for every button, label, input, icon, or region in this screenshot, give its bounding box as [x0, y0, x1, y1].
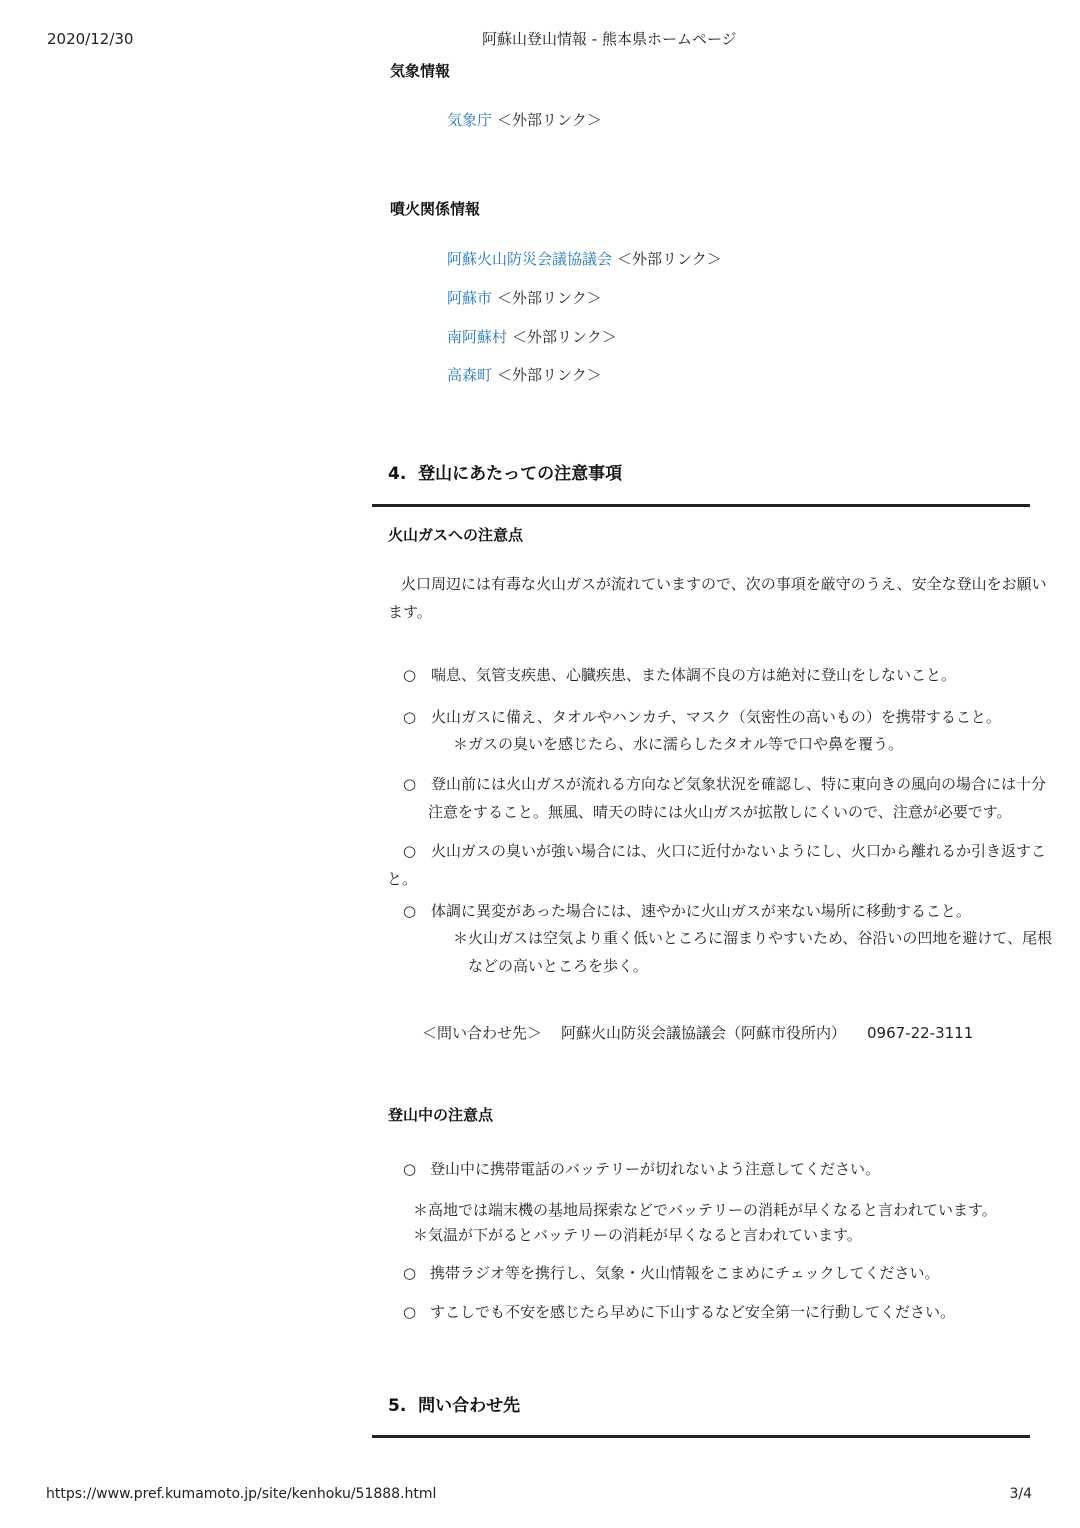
- gas-bullet-1: 喘息、気管支疾患、心臓疾患、また体調不良の方は絶対に登山をしないこと。: [431, 668, 956, 683]
- contact-phone: 0967-22-3111: [867, 1026, 973, 1041]
- bullet-icon: ○: [403, 710, 416, 725]
- climbing-bullet-3: すこしでも不安を感じたら早めに下山するなど安全第一に行動してください。: [430, 1305, 955, 1320]
- bullet-icon: ○: [403, 1305, 416, 1320]
- bullet-icon: ○: [403, 904, 416, 919]
- gas-bullet-5-note1: ＊火山ガスは空気より重く低いところに溜まりやすいため、谷沿いの凹地を避けて、尾根: [453, 931, 1052, 946]
- gas-bullet-3-line2: 注意をすること。無風、晴天の時には火山ガスが拡散しにくいので、注意が必要です。: [428, 805, 1012, 820]
- jma-link[interactable]: 気象庁: [447, 111, 492, 129]
- print-date: 2020/12/30: [47, 32, 133, 47]
- section5-heading: 5. 問い合わせ先: [388, 1398, 520, 1415]
- contact-label: ＜問い合わせ先＞: [422, 1026, 542, 1041]
- eruption-link-row: 高森町＜外部リンク＞: [447, 368, 602, 383]
- gas-bullet-5-note2: などの高いところを歩く。: [468, 959, 648, 974]
- climbing-bullet-1: 登山中に携帯電話のバッテリーが切れないよう注意してください。: [430, 1162, 880, 1177]
- contact-organization: 阿蘇火山防災会議協議会（阿蘇市役所内）: [561, 1026, 846, 1041]
- climbing-bullet-1-note1: ＊高地では端末機の基地局探索などでバッテリーの消耗が早くなると言われています。: [413, 1203, 997, 1218]
- print-footer-url: https://www.pref.kumamoto.jp/site/kenhok…: [46, 1487, 436, 1501]
- external-link-suffix: ＜外部リンク＞: [512, 328, 617, 346]
- external-link-suffix: ＜外部リンク＞: [497, 111, 602, 129]
- climbing-bullet-2: 携帯ラジオ等を携行し、気象・火山情報をこまめにチェックしてください。: [430, 1266, 940, 1281]
- gas-notes-heading: 火山ガスへの注意点: [388, 528, 523, 543]
- section4-divider: [372, 504, 1030, 507]
- aso-volcano-council-link[interactable]: 阿蘇火山防災会議協議会: [447, 250, 612, 268]
- eruption-heading: 噴火関係情報: [390, 202, 480, 217]
- gas-intro-line2: ます。: [388, 605, 432, 620]
- eruption-link-row: 阿蘇市＜外部リンク＞: [447, 291, 602, 306]
- section4-heading: 4. 登山にあたっての注意事項: [388, 466, 622, 483]
- section5-divider: [372, 1435, 1030, 1438]
- climbing-notes-heading: 登山中の注意点: [388, 1108, 493, 1123]
- external-link-suffix: ＜外部リンク＞: [617, 250, 722, 268]
- climbing-bullet-1-note2: ＊気温が下がるとバッテリーの消耗が早くなると言われています。: [413, 1228, 862, 1243]
- weather-link-row: 気象庁＜外部リンク＞: [447, 113, 602, 128]
- print-page-number: 3/4: [1009, 1487, 1032, 1501]
- external-link-suffix: ＜外部リンク＞: [497, 289, 602, 307]
- bullet-icon: ○: [403, 1266, 416, 1281]
- gas-bullet-3-line1: 登山前には火山ガスが流れる方向など気象状況を確認し、特に東向きの風向の場合には十…: [431, 777, 1046, 792]
- bullet-icon: ○: [403, 1162, 416, 1177]
- gas-bullet-2-note: ＊ガスの臭いを感じたら、水に濡らしたタオル等で口や鼻を覆う。: [453, 737, 903, 752]
- gas-bullet-2: 火山ガスに備え、タオルやハンカチ、マスク（気密性の高いもの）を携帯すること。: [431, 710, 1001, 725]
- gas-intro-line1: 火口周辺には有毒な火山ガスが流れていますので、次の事項を厳守のうえ、安全な登山を…: [401, 577, 1047, 592]
- bullet-icon: ○: [403, 668, 416, 683]
- aso-city-link[interactable]: 阿蘇市: [447, 289, 492, 307]
- page-title: 阿蘇山登山情報 - 熊本県ホームページ: [482, 32, 737, 47]
- bullet-icon: ○: [403, 777, 416, 792]
- weather-heading: 気象情報: [390, 64, 450, 79]
- printed-page: 2020/12/30 阿蘇山登山情報 - 熊本県ホームページ 気象情報 気象庁＜…: [0, 0, 1080, 1528]
- external-link-suffix: ＜外部リンク＞: [497, 366, 602, 384]
- minamiaso-village-link[interactable]: 南阿蘇村: [447, 328, 507, 346]
- gas-bullet-4-line1: 火山ガスの臭いが強い場合には、火口に近付かないようにし、火口から離れるか引き返す…: [431, 844, 1046, 859]
- eruption-link-row: 南阿蘇村＜外部リンク＞: [447, 330, 617, 345]
- eruption-link-row: 阿蘇火山防災会議協議会＜外部リンク＞: [447, 252, 722, 267]
- gas-bullet-5: 体調に異変があった場合には、速やかに火山ガスが来ない場所に移動すること。: [431, 904, 971, 919]
- bullet-icon: ○: [403, 844, 416, 859]
- gas-bullet-4-line2: と。: [387, 872, 417, 887]
- takamori-town-link[interactable]: 高森町: [447, 366, 492, 384]
